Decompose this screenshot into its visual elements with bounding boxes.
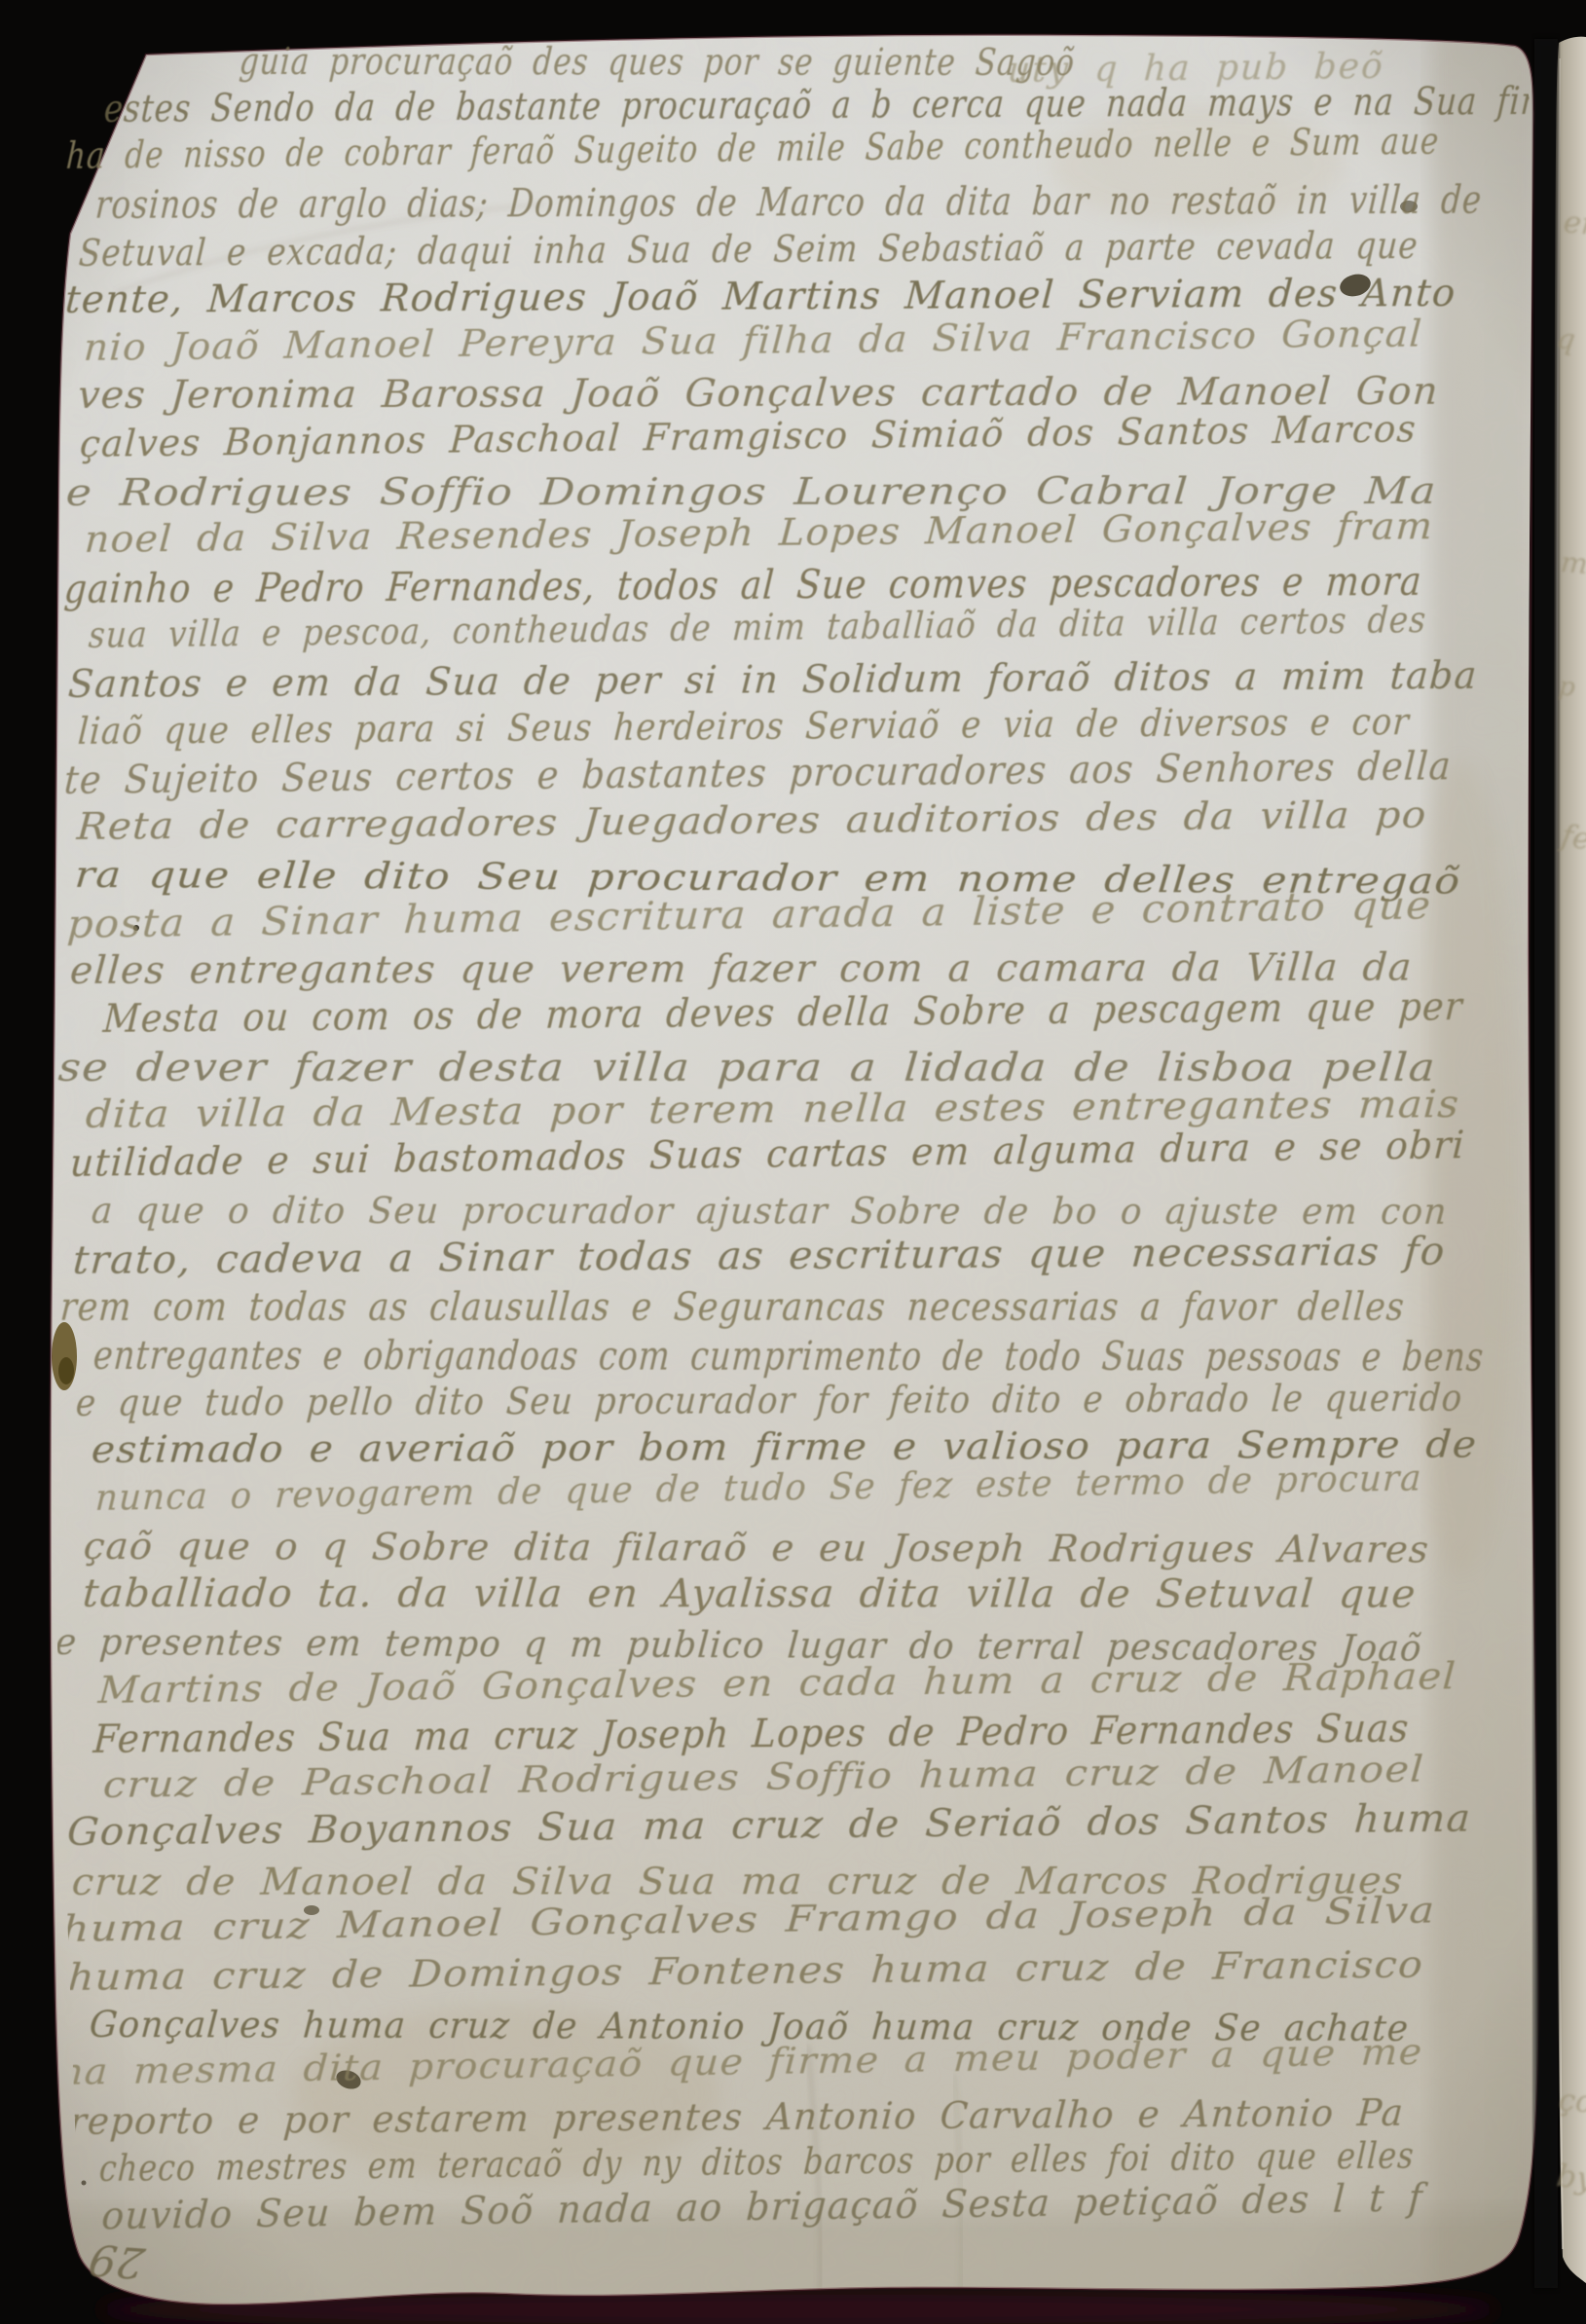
handwriting-text-block: guia procuraçaõ des ques por se guiente … <box>0 0 1586 2324</box>
handwriting-line: nio Joaõ Manoel Pereyra Sua filha da Sil… <box>83 316 1423 367</box>
handwriting-line: rem com todas as clausullas e Segurancas… <box>59 1288 1407 1327</box>
adjacent-page-stroke: by <box>1555 2157 1586 2197</box>
handwriting-line: e ouvido Seu bem Soõ nada ao brigaçaõ Se… <box>55 2180 1424 2237</box>
handwriting-line: Gonçalves Boyannos Sua ma cruz de Seriaõ… <box>66 1801 1472 1853</box>
handwriting-line: çalves Bonjannos Paschoal Framgisco Simi… <box>79 411 1418 463</box>
adjacent-page-stroke: ço <box>1558 2084 1586 2121</box>
adjacent-page-stroke: en <box>1562 204 1586 243</box>
handwriting-line: Setuval e excada; daqui inha Sua de Seim… <box>78 227 1420 272</box>
handwriting-line: e Rodrigues Soffio Domingos Lourenço Cab… <box>65 472 1438 511</box>
handwriting-line: taballiado ta. da villa en Ayalissa dita… <box>82 1575 1418 1615</box>
handwriting-line: elles entregantes que verem fazer com a … <box>69 949 1414 990</box>
handwriting-line: noel da Silva Resendes Joseph Lopes Mano… <box>84 508 1435 559</box>
handwriting-line: Mesta ou com os de mora deves della Sobr… <box>102 988 1464 1040</box>
handwriting-line: Martins de Joaõ Gonçalves en cada hum a … <box>97 1657 1457 1709</box>
handwriting-line: guia procuraçaõ des ques por se guiente … <box>239 43 1077 81</box>
handwriting-line: entregantes e obrigandoas com cumpriment… <box>92 1336 1486 1378</box>
folio-number: 29 <box>86 2233 149 2286</box>
handwriting-line: te Sujeito Seus certos e bastantes procu… <box>63 747 1453 800</box>
handwriting-line: Santos e em da Sua de per si in Solidum … <box>67 656 1479 704</box>
handwriting-line: reporto e por estarem presentes Antonio … <box>68 2093 1405 2139</box>
handwriting-line: huma cruz de Domingos Fontenes huma cruz… <box>67 1946 1425 1996</box>
manuscript-scan: guia procuraçaõ des ques por se guiente … <box>0 0 1586 2324</box>
gutter-shadow <box>1534 39 1558 2288</box>
handwriting-line: çaõ que o q Sobre dita filaraõ e eu Jose… <box>83 1528 1431 1568</box>
handwriting-line: liaõ que elles para si Seus herdeiros Se… <box>77 704 1411 751</box>
handwriting-line: e que tudo pello dito Seu procurador for… <box>75 1379 1464 1420</box>
adjacent-page-stroke: fe <box>1559 818 1586 857</box>
handwriting-line: trato, cadeva a Sinar todas as escritura… <box>72 1232 1447 1280</box>
handwriting-line: rosinos de arglo dias; Domingos de Marco… <box>94 181 1484 225</box>
handwriting-header-fragment: uty q ha pub beõ <box>1007 47 1385 91</box>
adjacent-page-stroke: me <box>1560 545 1586 582</box>
handwriting-line: a que o dito Seu procurador ajustar Sobr… <box>91 1193 1449 1230</box>
adjacent-page-stroke: p <box>1557 672 1576 703</box>
handwriting-line: ha de nisso de cobrar feraõ Sugeito de m… <box>65 124 1440 175</box>
handwriting-line: Reta de carregadores Juegadores auditori… <box>76 797 1428 847</box>
handwriting-line: se dever fazer desta villa para a lidada… <box>57 1049 1438 1088</box>
